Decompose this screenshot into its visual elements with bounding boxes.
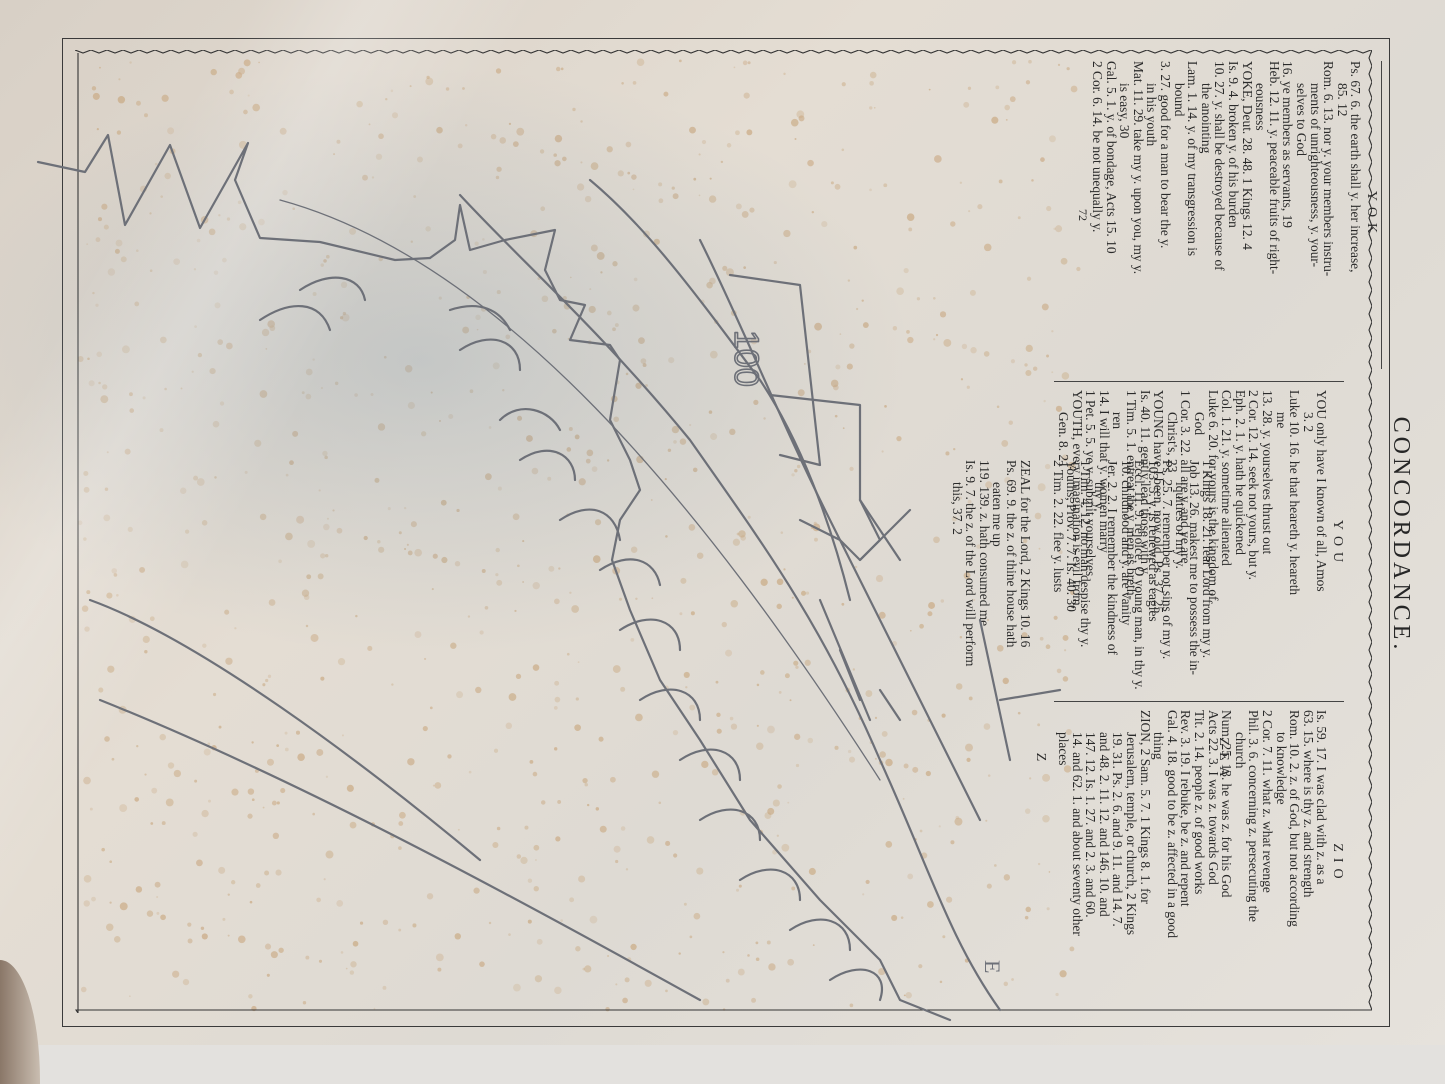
page-number: 72 — [1075, 61, 1089, 369]
column-yok: YOK Ps. 67. 6. the earth shall y. her in… — [1092, 61, 1382, 369]
concordance-entry: 119. 139. z. hath consumed me — [977, 460, 991, 1060]
concordance-entry: Eph. 2. 1. y. hath he quickened — [1233, 390, 1247, 698]
concordance-entry: Luke 10. 16. he that heareth y. hearethm… — [1274, 390, 1301, 698]
concordance-entry: Is. 9. 4. broken y. of his burden — [1226, 61, 1240, 369]
concordance-entry: Is. 59. 17. I was clad with z. as a — [1315, 710, 1329, 1018]
concordance-entry: Ps. 67. 6. the earth shall y. her increa… — [1335, 61, 1362, 369]
concordance-entry: 63. 15. where is thy z. and strength — [1301, 710, 1315, 1018]
concordance-entry: Rom. 6. 13. nor y. your members instru-m… — [1294, 61, 1335, 369]
entry-list: Ps. 67. 6. the earth shall y. her increa… — [1091, 61, 1363, 369]
column-rule — [1381, 61, 1382, 369]
concordance-entry: Ps. 69. 9. the z. of thine house hatheat… — [991, 460, 1018, 1060]
concordance-entry: Eccl. 11. 9. rejoice, O young man, in th… — [1133, 460, 1147, 1060]
column-head: YOU — [1330, 390, 1344, 698]
column-subhead: Z — [1034, 460, 1048, 1060]
concordance-entry: Phil. 3. 6. concerning z. persecuting th… — [1233, 710, 1260, 1018]
concordance-entry: Jer. 2. 2. I remember the kindness ofthy… — [1092, 460, 1119, 1060]
concordance-entry: 2 Cor. 12. 14. seek not yours, but y. — [1247, 390, 1261, 698]
entry-list: ZEAL for the Lord, 2 Kings 10. 16Ps. 69.… — [950, 460, 1032, 1060]
concordance-entry: Youths, Prov. 7. 7. Is. 40. 30 — [1065, 460, 1079, 1060]
concordance-entry: ZEAL for the Lord, 2 Kings 10. 16 — [1018, 460, 1032, 1060]
concordance-entry: Is. 9. 7. the z. of the Lord will perfor… — [950, 460, 977, 1060]
concordance-entry: 2 Cor. 7. 11. what z. what revenge — [1260, 710, 1274, 1018]
concordance-entry: 3. 27. good for a man to bear the y.in h… — [1145, 61, 1172, 369]
concordance-entry: Job 13. 26. makest me to possess the in-… — [1174, 460, 1201, 1060]
concordance-page-middle: ZEA 1 Kings 18. 21. fear Lord from my y.… — [910, 460, 1230, 1080]
entry-list: 1 Kings 18. 21. fear Lord from my y.Job … — [1051, 460, 1214, 1060]
concordance-entry: Rom. 10. 2. z. of God, but not according… — [1274, 710, 1301, 1018]
concordance-entry: 2 Tim. 2. 22. flee y. lusts — [1051, 460, 1065, 1060]
concordance-entry: 1 Kings 18. 21. fear Lord from my y. — [1201, 460, 1215, 1060]
page-title: CONCORDANCE. — [1387, 55, 1414, 1015]
concordance-entry: Heb. 12. 11. y. peaceable fruits of righ… — [1254, 61, 1281, 369]
column-head: ZEA — [1216, 460, 1230, 1060]
concordance-entry: Lam. 1. 14. y. of my transgression isbou… — [1172, 61, 1199, 369]
concordance-entry: YOKE, Deut. 28. 48. 1 Kings 12. 4 — [1240, 61, 1254, 369]
concordance-entry: 10. 27. y. shall be destroyed because of… — [1199, 61, 1226, 369]
concordance-entry: Ps. 25. 7. remember not sins of my y. — [1160, 460, 1174, 1060]
concordance-entry: 103. 5. y. is renewed as eagles — [1146, 460, 1160, 1060]
concordance-entry: 2 Cor. 6. 14. be not unequally y. — [1091, 61, 1105, 369]
column-zea: ZEA 1 Kings 18. 21. fear Lord from my y.… — [940, 460, 1230, 1060]
concordance-entry: Gal. 5. 1. y. of bondage, Acts 15. 10 — [1104, 61, 1118, 369]
concordance-entry: 13. 28. y. yourselves thrust out — [1260, 390, 1274, 698]
column-head: ZIO — [1330, 710, 1344, 1018]
concordance-entry: Mat. 11. 29. take my y. upon you, my y.i… — [1118, 61, 1145, 369]
column-head: YOK — [1364, 61, 1378, 369]
concordance-entry: 10. childhood and y. are vanity — [1119, 460, 1133, 1060]
concordance-entry: 16. ye members as servants, 19 — [1281, 61, 1295, 369]
concordance-entry: YOU only have I known of all, Amos3. 2 — [1301, 390, 1328, 698]
concordance-entry: 1 Tim. 4. 12. no man despise thy y. — [1078, 460, 1092, 1060]
